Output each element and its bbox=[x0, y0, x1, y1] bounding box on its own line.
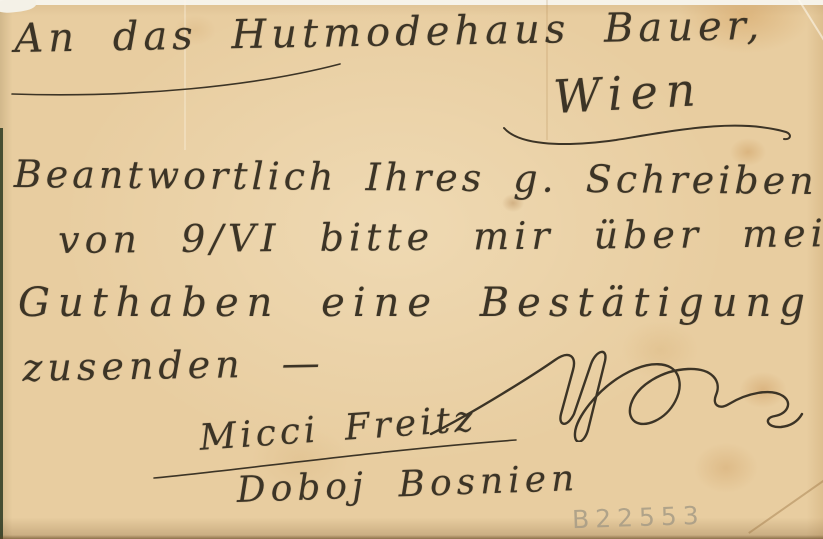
crease-bottom-right bbox=[748, 452, 823, 534]
scan-edge-bottom bbox=[0, 535, 823, 539]
crease-top-right bbox=[782, 0, 823, 85]
city-underline-flourish bbox=[498, 108, 798, 150]
postcard-scan: An das Hutmodehaus Bauer, Wien Beantwort… bbox=[0, 0, 823, 539]
address-recipient-line: An das Hutmodehaus Bauer, bbox=[14, 3, 764, 62]
body-line-3: Guthaben eine Bestätigung bbox=[18, 280, 813, 326]
address-underline-flourish bbox=[6, 58, 346, 102]
signature-flourish bbox=[425, 330, 810, 442]
body-line-1: Beantwortlich Ihres g. Schreiben bbox=[14, 152, 818, 203]
scan-edge-left bbox=[0, 128, 3, 539]
scan-edge-top-left bbox=[0, 0, 37, 14]
body-line-4: zusenden — bbox=[22, 341, 325, 390]
body-line-2: von 9/VI bitte mir über mein bbox=[58, 211, 823, 262]
catalog-number-pencil: B22553 bbox=[572, 501, 706, 535]
